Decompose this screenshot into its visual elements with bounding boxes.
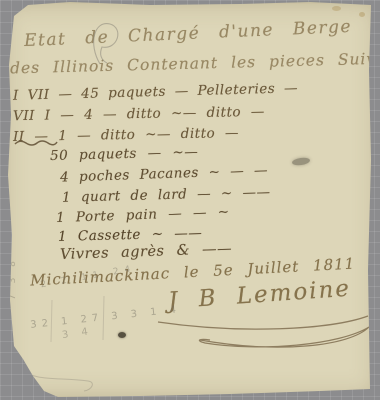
manuscript-paper: Etat de Chargé d'une Berge Venant des Il… (0, 0, 380, 400)
ink-blot (118, 332, 126, 338)
handwriting-line-title-1: Etat de Chargé d'une Berge Venant (24, 13, 380, 51)
handwriting-line-item-4: 50 paquets — ~— (50, 144, 199, 164)
handwriting-line-item-9: Vivres agrès & —— (60, 241, 233, 263)
handwriting-line-item-1: I VII — 45 paquets — Pelleteries — (13, 80, 298, 103)
handwriting-line-item-2: VII I — 4 — ditto ~— ditto — (13, 104, 265, 124)
foxing-stain (359, 12, 365, 17)
pencil-margin-numbers-4: 3 4 (61, 326, 93, 341)
pencil-bracket (20, 368, 92, 391)
handwriting-signature: J B Lemoine (167, 276, 351, 315)
pencil-margin-numbers-2: 7 3 8 (8, 257, 18, 300)
pencil-margin-numbers-3: 32 1 27 3 3 1 4 (30, 304, 182, 331)
signature-underline (158, 316, 368, 329)
ink-smudge (292, 157, 311, 166)
handwriting-line-item-5: 4 poches Pacanes ~ — — (60, 162, 268, 185)
handwriting-line-item-7: 1 Porte pain — — ~ (56, 204, 230, 226)
signature-flourish (199, 327, 369, 347)
handwriting-line-item-6: 1 quart de lard — ~ —— (62, 184, 271, 205)
handwriting-line-title-2: des Illinois Contenant les pieces Suivan… (10, 49, 380, 78)
foxing-stain (332, 6, 341, 11)
handwriting-line-item-3: II — 1 — ditto ~— ditto — (13, 125, 239, 145)
